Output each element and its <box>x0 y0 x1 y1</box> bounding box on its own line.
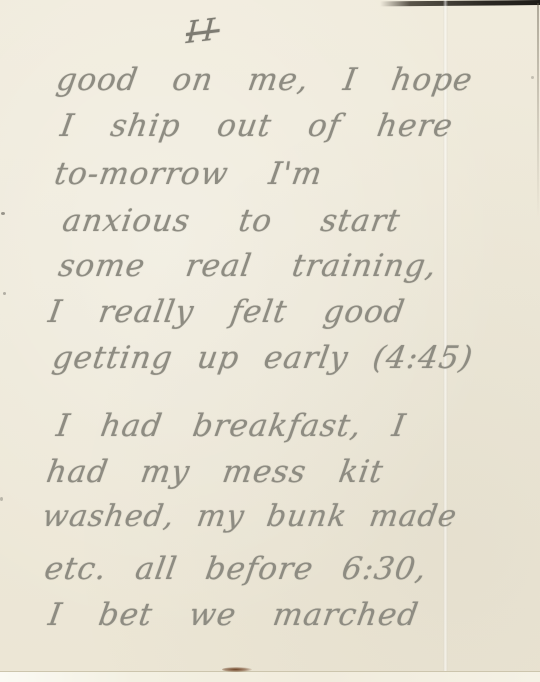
paper-speck <box>0 497 3 501</box>
handwritten-line: washed, my bunk made <box>40 499 460 534</box>
handwritten-line: I really felt good <box>46 294 408 330</box>
handwritten-line: I ship out of here <box>58 108 456 144</box>
scanner-edge-top <box>380 0 540 6</box>
handwritten-line: I bet we marched <box>46 597 421 633</box>
handwritten-line: good on me, I hope <box>54 62 475 98</box>
paper-speck <box>531 76 534 79</box>
page-number: II <box>185 12 220 52</box>
handwritten-line: etc. all before 6:30, <box>42 551 430 587</box>
handwritten-line: getting up early (4:45) <box>50 340 476 376</box>
scanner-edge-bottom <box>0 671 540 682</box>
letter-page: II good on me, I hope I ship out of here… <box>0 0 540 682</box>
handwritten-line: to-morrow I'm <box>52 156 325 192</box>
handwritten-line: some real training, <box>56 248 440 284</box>
stain-mark <box>222 667 252 672</box>
paper-speck <box>1 212 5 215</box>
paper-speck <box>3 292 6 295</box>
paper-right-edge <box>537 3 539 218</box>
handwritten-line: I had breakfast, I <box>54 408 408 444</box>
handwritten-line: had my mess kit <box>44 454 386 490</box>
handwritten-line: anxious to start <box>60 203 403 239</box>
